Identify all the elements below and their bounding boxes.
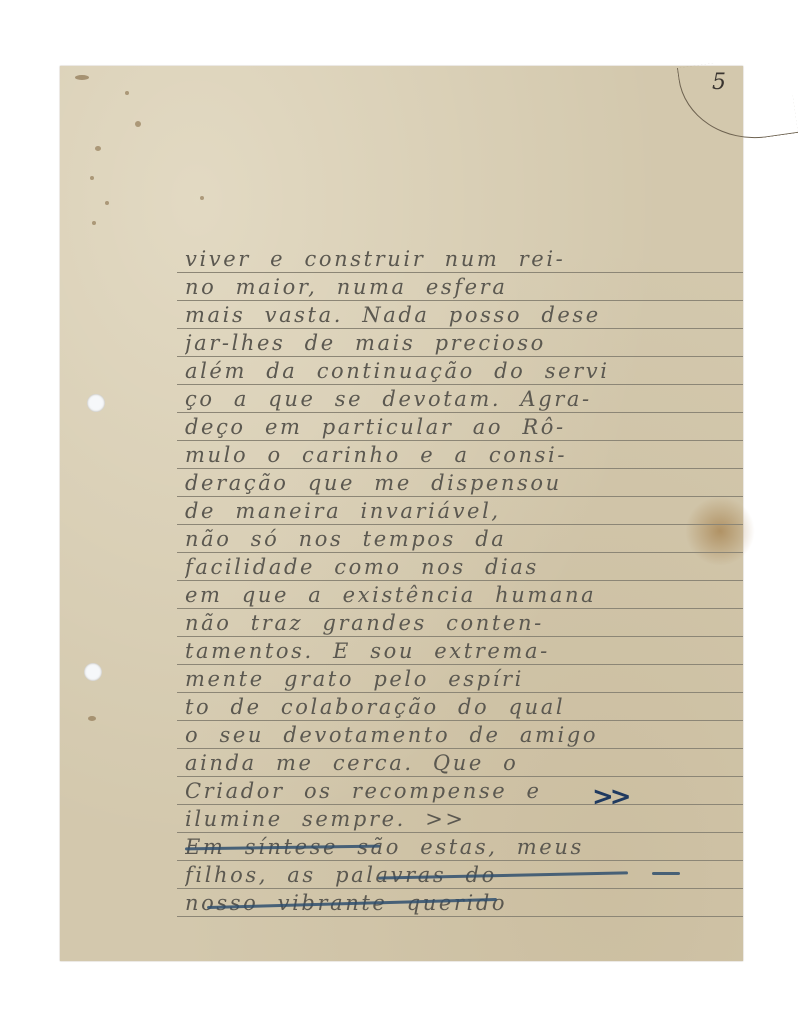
line-text: deração que me dispensou <box>185 471 737 495</box>
line-text: mente grato pelo espíri <box>185 667 737 691</box>
text-line: em que a existência humana <box>177 581 743 609</box>
page-number: 5 <box>712 70 726 95</box>
text-line: facilidade como nos dias <box>177 553 743 581</box>
text-line: não só nos tempos da <box>177 525 743 553</box>
line-text: não só nos tempos da <box>185 527 737 551</box>
speck <box>105 201 109 205</box>
line-text: no maior, numa esfera <box>185 275 737 299</box>
line-text: Criador os recompense e <box>185 779 737 803</box>
speck <box>75 75 89 80</box>
line-text: de maneira invariável, <box>185 499 737 523</box>
text-line: mais vasta. Nada posso dese <box>177 301 743 329</box>
text-line: ainda me cerca. Que o <box>177 749 743 777</box>
line-text: nosso vibrante querido <box>185 891 737 915</box>
text-line: ço a que se devotam. Agra- <box>177 385 743 413</box>
text-line: mulo o carinho e a consi- <box>177 441 743 469</box>
text-line: jar-lhes de mais precioso <box>177 329 743 357</box>
line-text: tamentos. E sou extrema- <box>185 639 737 663</box>
text-line: o seu devotamento de amigo <box>177 721 743 749</box>
ruled-text-area: viver e construir num rei- no maior, num… <box>177 245 743 917</box>
text-line: nosso vibrante querido <box>177 889 743 917</box>
punch-hole-bottom <box>84 663 102 681</box>
text-line: tamentos. E sou extrema- <box>177 637 743 665</box>
text-line: além da continuação do servi <box>177 357 743 385</box>
text-line: ilumine sempre. >> <box>177 805 743 833</box>
manuscript-page: 5 viver e construir num rei- no maior, n… <box>60 66 743 961</box>
line-text: facilidade como nos dias <box>185 555 737 579</box>
line-text: ço a que se devotam. Agra- <box>185 387 737 411</box>
line-text: mais vasta. Nada posso dese <box>185 303 737 327</box>
text-line: no maior, numa esfera <box>177 273 743 301</box>
line-text: ainda me cerca. Que o <box>185 751 737 775</box>
speck <box>125 91 129 95</box>
speck <box>200 196 204 200</box>
text-line: não traz grandes conten- <box>177 609 743 637</box>
text-line: viver e construir num rei- <box>177 245 743 273</box>
text-line: deração que me dispensou <box>177 469 743 497</box>
speck <box>92 221 96 225</box>
line-text: além da continuação do servi <box>185 359 737 383</box>
text-line: deço em particular ao Rô- <box>177 413 743 441</box>
text-line: de maneira invariável, <box>177 497 743 525</box>
corner-curve-mark <box>677 53 798 149</box>
blue-arrow-mark: >> <box>592 782 628 812</box>
speck <box>88 716 96 721</box>
speck <box>135 121 141 127</box>
line-text: ilumine sempre. >> <box>185 807 737 831</box>
line-text: em que a existência humana <box>185 583 737 607</box>
text-line: Criador os recompense e <box>177 777 743 805</box>
line-text: o seu devotamento de amigo <box>185 723 737 747</box>
line-text: jar-lhes de mais precioso <box>185 331 737 355</box>
text-line: mente grato pelo espíri <box>177 665 743 693</box>
text-line: to de colaboração do qual <box>177 693 743 721</box>
line-text: to de colaboração do qual <box>185 695 737 719</box>
punch-hole-top <box>87 394 105 412</box>
speck <box>95 146 101 151</box>
blue-underline-do <box>652 872 680 875</box>
line-text: deço em particular ao Rô- <box>185 415 737 439</box>
speck <box>90 176 94 180</box>
line-text: viver e construir num rei- <box>185 247 737 271</box>
line-text: mulo o carinho e a consi- <box>185 443 737 467</box>
line-text: não traz grandes conten- <box>185 611 737 635</box>
